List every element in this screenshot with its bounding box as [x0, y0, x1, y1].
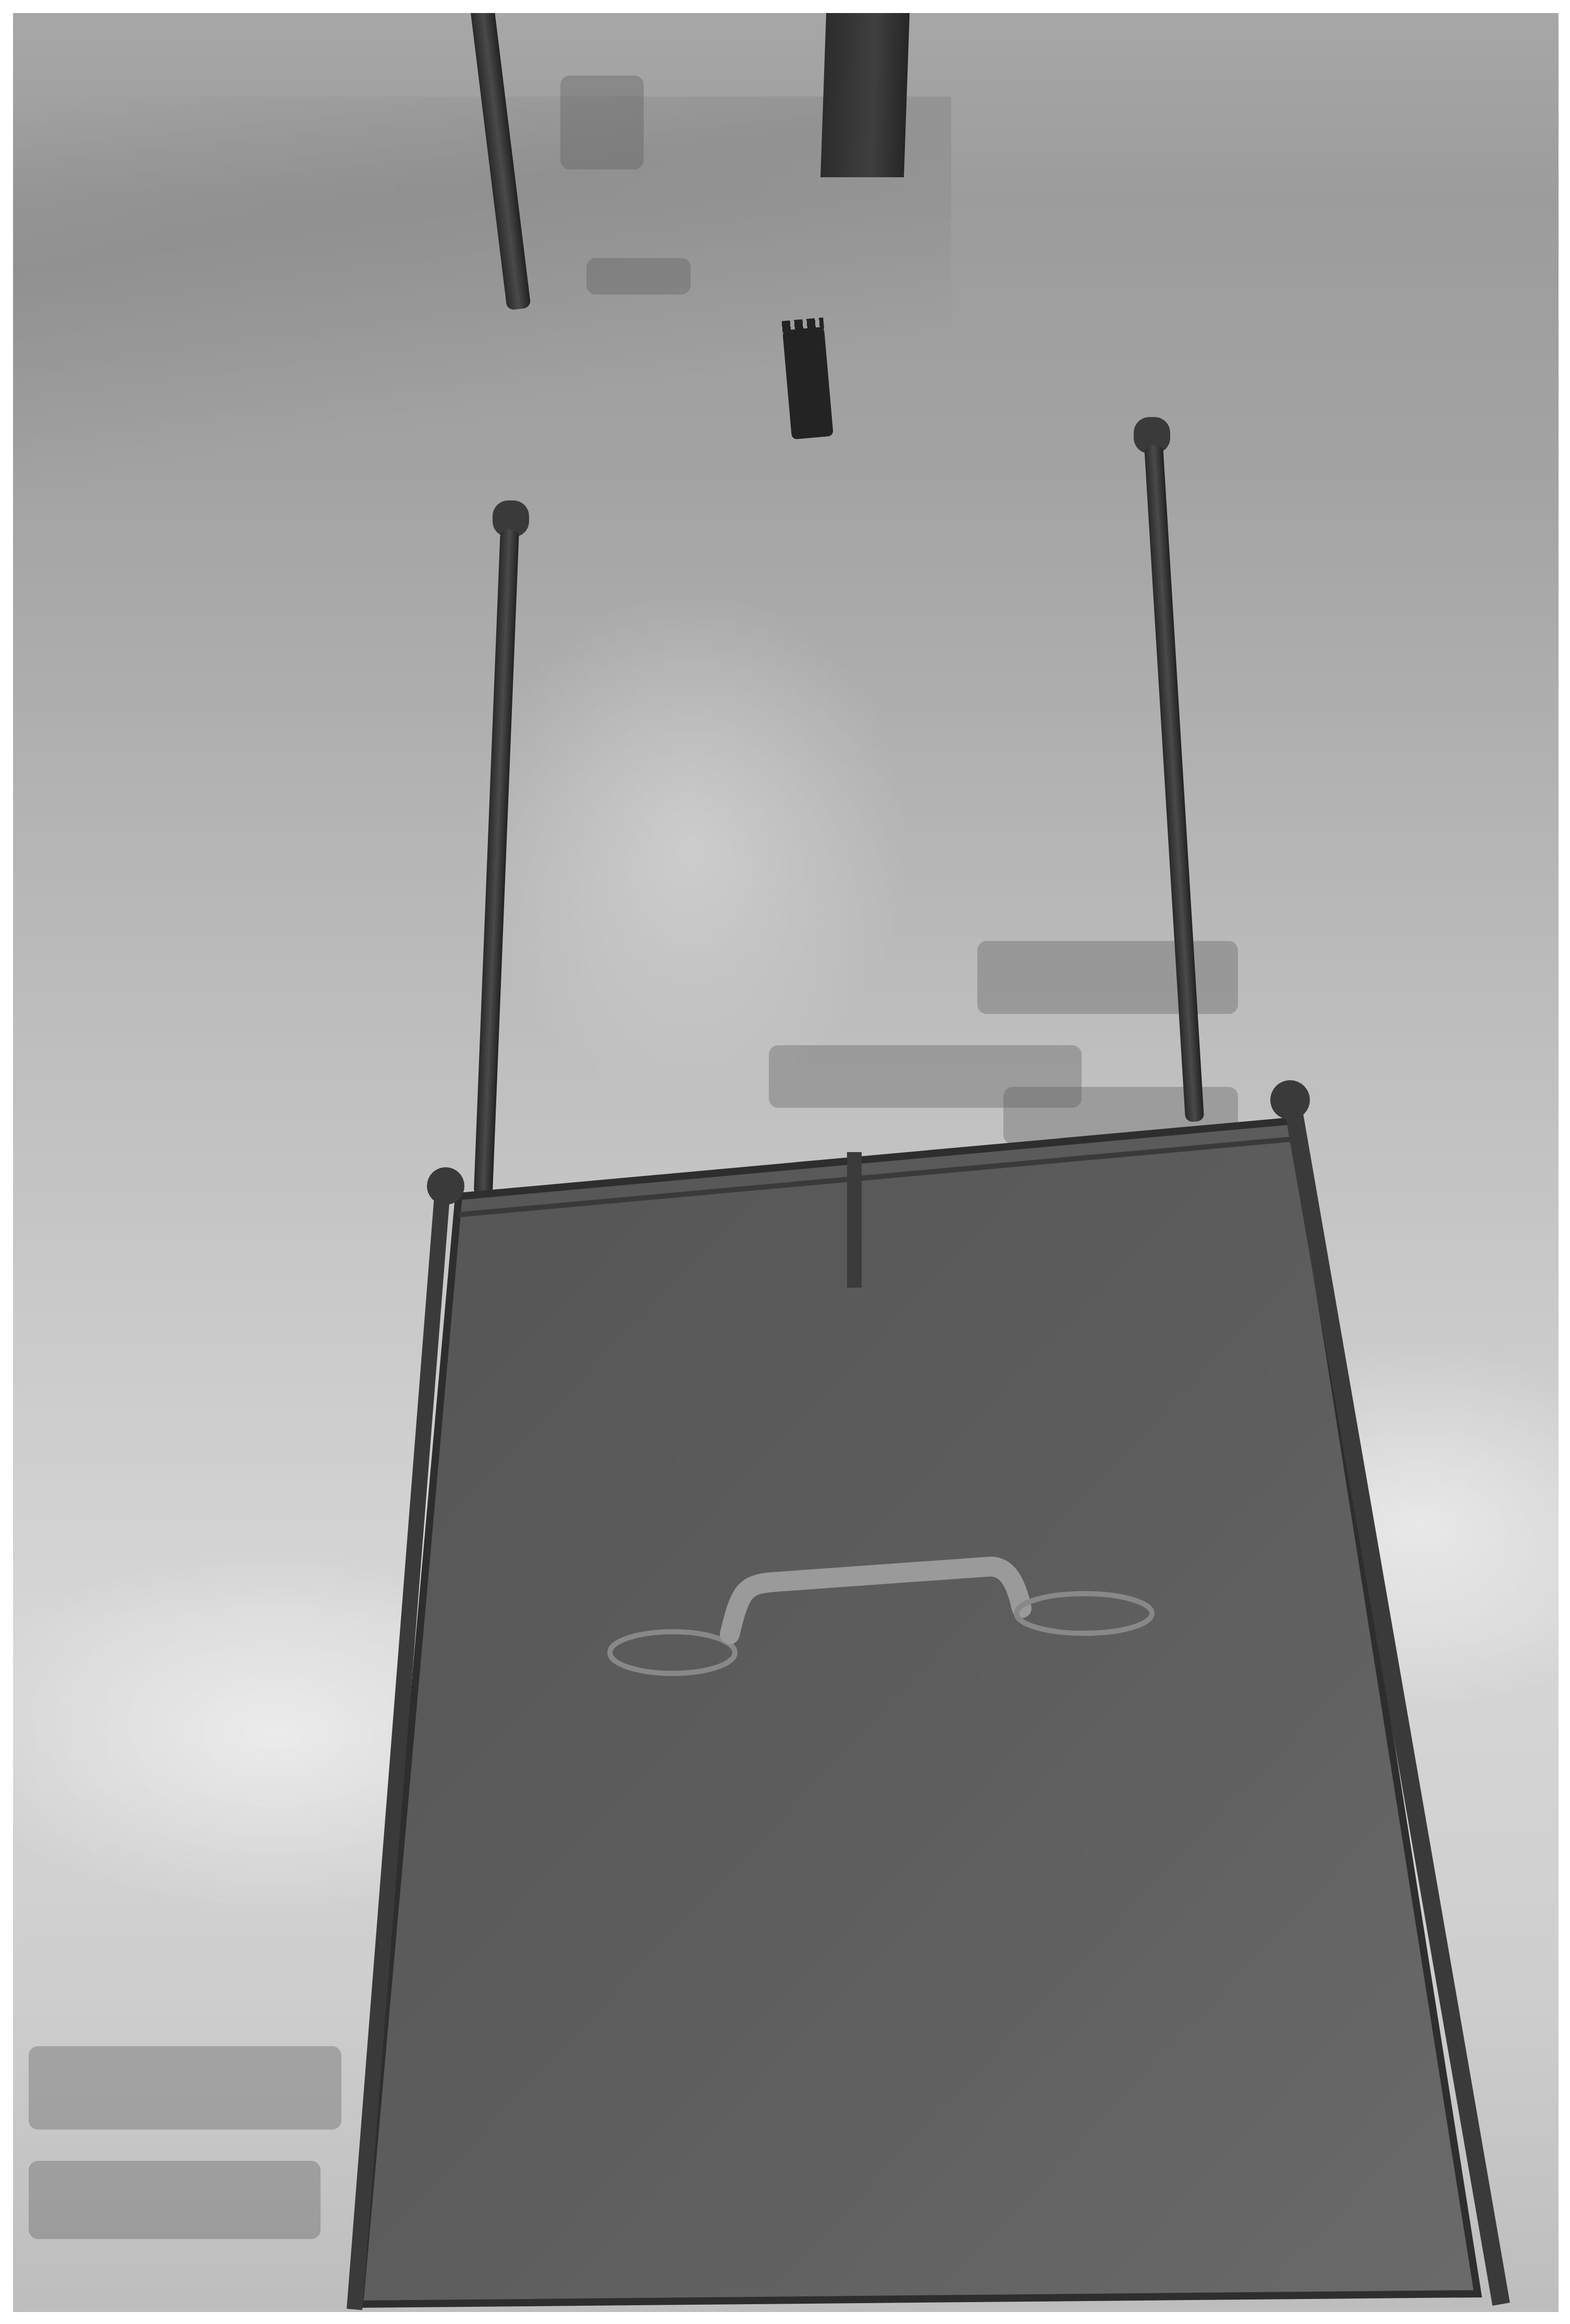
trapdoor-panel	[0, 0, 1570, 2324]
